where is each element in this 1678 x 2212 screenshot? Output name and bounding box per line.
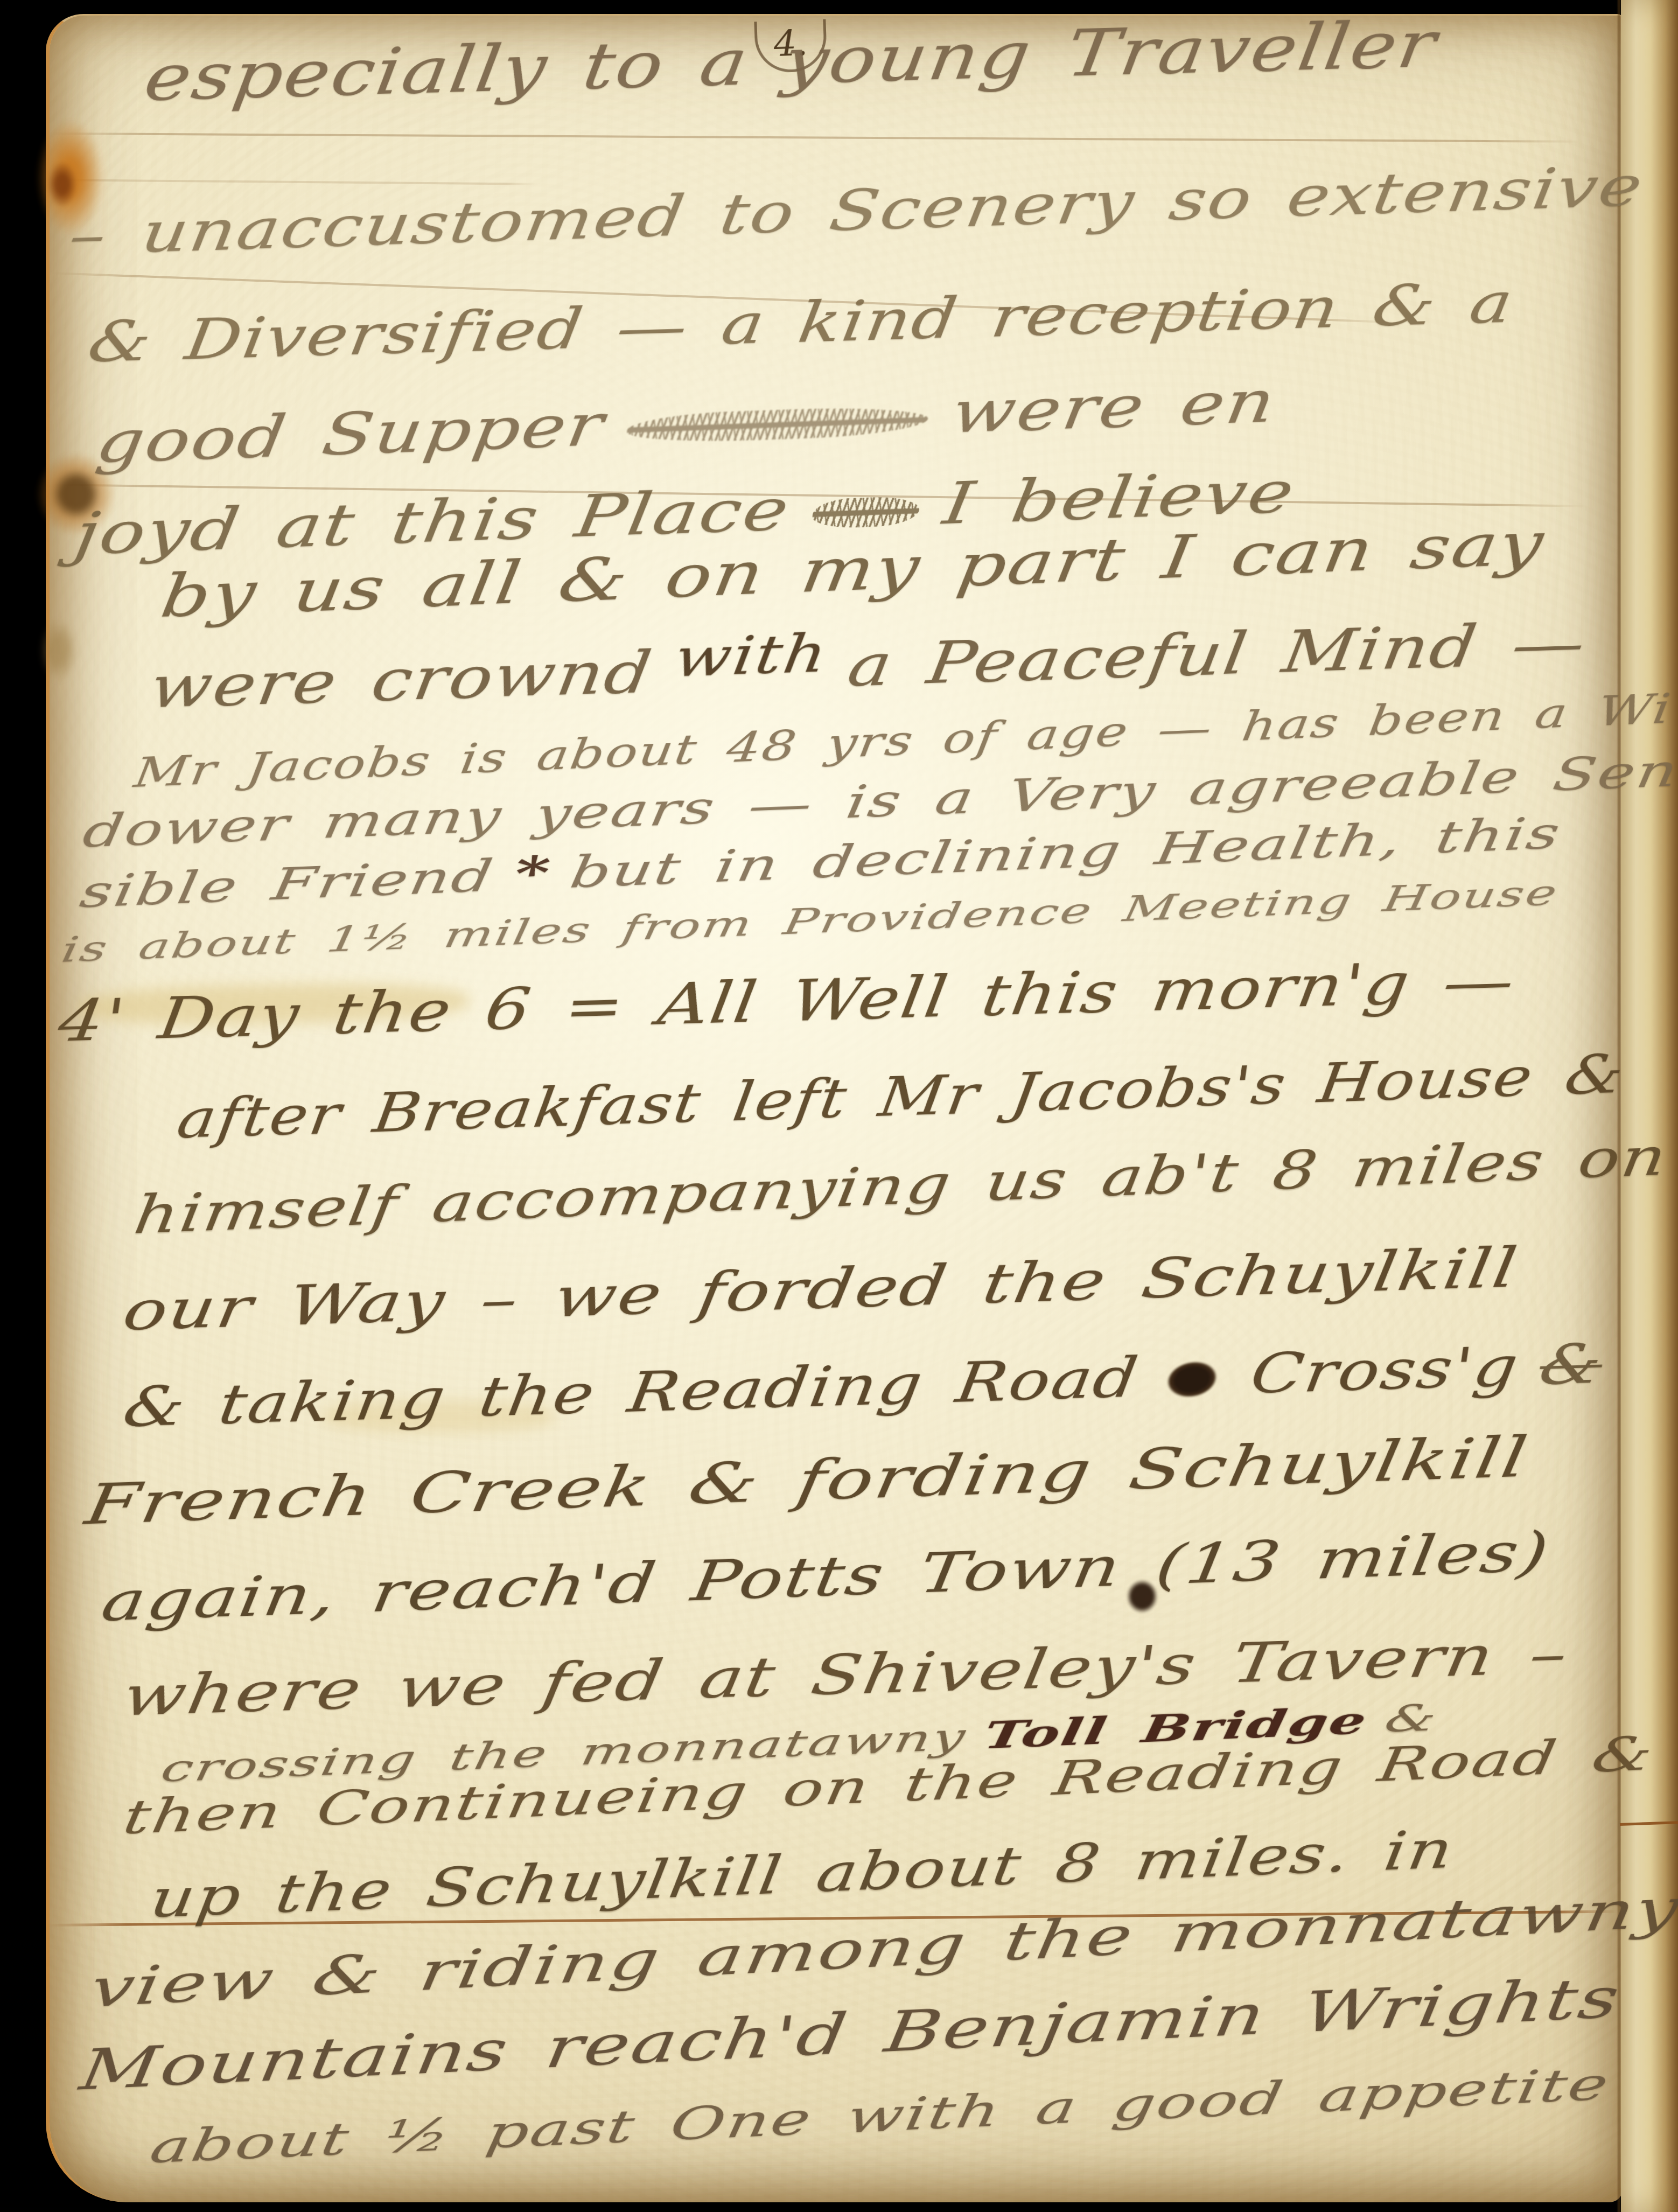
line-text: Cross'g — [1247, 1335, 1523, 1407]
ink-blot — [1156, 1355, 1227, 1404]
small-edge-stain — [40, 619, 78, 681]
manuscript-scan: 4. especially to a young Traveller – una… — [0, 0, 1678, 2212]
inserted-word: with — [671, 622, 833, 688]
strikeout-scribble — [810, 496, 921, 529]
line-text: & — [1381, 1697, 1441, 1742]
struck-character: & — [1536, 1332, 1607, 1398]
line-text: were en — [948, 368, 1281, 446]
strikeout-scribble — [625, 404, 930, 445]
insertion-mark: * — [511, 846, 555, 901]
rust-stain-core — [47, 162, 77, 207]
